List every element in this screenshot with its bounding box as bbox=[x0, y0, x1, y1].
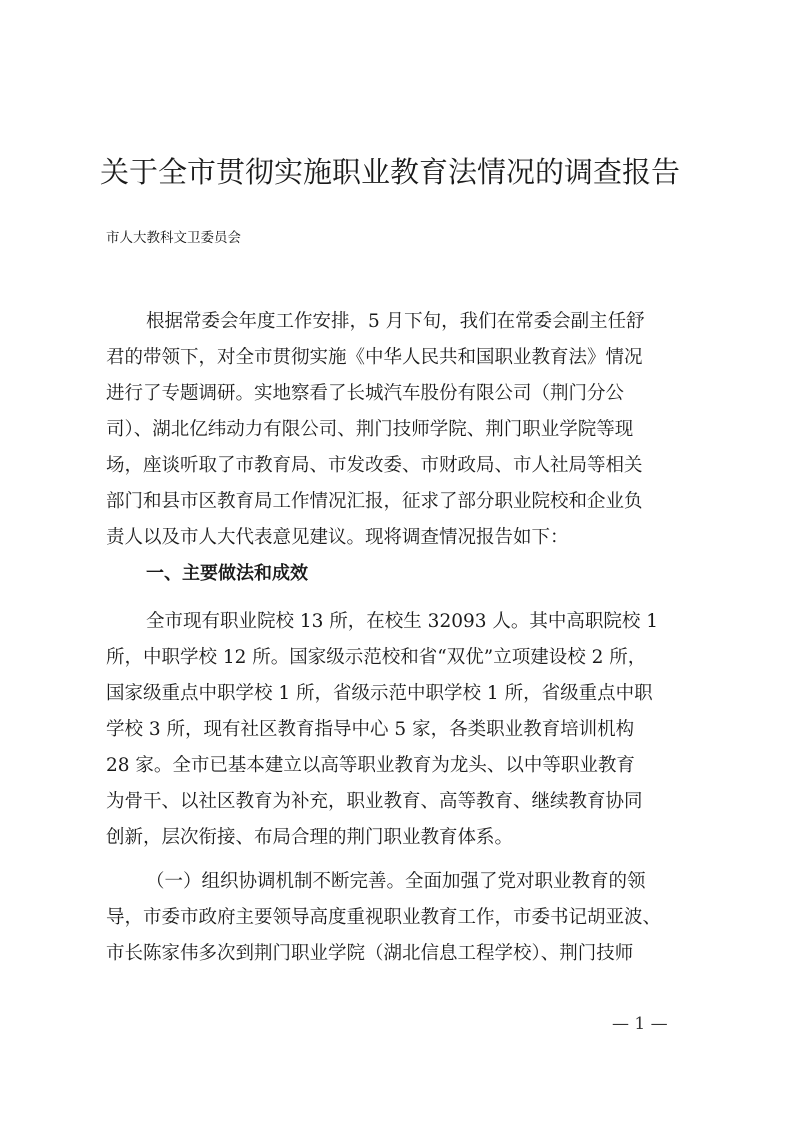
paragraph-line: 部门和县市区教育局工作情况汇报，征求了部分职业院校和企业负 bbox=[106, 488, 643, 516]
document-title: 关于全市贯彻实施职业教育法情况的调查报告 bbox=[100, 150, 700, 191]
page-number: — 1 — bbox=[612, 1014, 668, 1034]
paragraph-line: 责人以及市人大代表意见建议。现将调查情况报告如下： bbox=[106, 524, 569, 552]
paragraph-line: （一）组织协调机制不断完善。全面加强了党对职业教育的领 bbox=[146, 868, 646, 896]
section-heading: 一、主要做法和成效 bbox=[146, 560, 308, 588]
paragraph-line: 进行了专题调研。实地察看了长城汽车股份有限公司（荆门分公 bbox=[106, 380, 624, 408]
paragraph-line: 市长陈家伟多次到荆门职业学院（湖北信息工程学校）、荆门技师 bbox=[106, 940, 633, 968]
subsection-text: 全面加强了党对职业教育的领 bbox=[405, 871, 646, 892]
paragraph-line: 28 家。全市已基本建立以高等职业教育为龙头、以中等职业教育 bbox=[106, 752, 635, 780]
paragraph-line: 所，中职学校 12 所。国家级示范校和省“双优”立项建设校 2 所， bbox=[106, 644, 646, 672]
paragraph-line: 导，市委市政府主要领导高度重视职业教育工作，市委书记胡亚波、 bbox=[106, 904, 661, 932]
paragraph-line: 学校 3 所，现有社区教育指导中心 5 家，各类职业教育培训机构 bbox=[106, 716, 634, 744]
subsection-label: （一）组织协调机制不断完善。 bbox=[146, 871, 405, 892]
paragraph-line: 场，座谈听取了市教育局、市发改委、市财政局、市人社局等相关 bbox=[106, 452, 643, 480]
document-author: 市人大教科文卫委员会 bbox=[106, 226, 241, 246]
paragraph-line: 君的带领下，对全市贯彻实施《中华人民共和国职业教育法》情况 bbox=[106, 344, 643, 372]
paragraph-line: 根据常委会年度工作安排，5 月下旬，我们在常委会副主任舒 bbox=[146, 308, 645, 336]
paragraph-line: 司）、湖北亿纬动力有限公司、荆门技师学院、荆门职业学院等现 bbox=[106, 416, 633, 444]
paragraph-line: 创新，层次衔接、布局合理的荆门职业教育体系。 bbox=[106, 824, 513, 852]
paragraph-line: 为骨干、以社区教育为补充，职业教育、高等教育、继续教育协同 bbox=[106, 788, 643, 816]
paragraph-line: 全市现有职业院校 13 所，在校生 32093 人。其中高职院校 1 bbox=[146, 608, 658, 636]
paragraph-line: 国家级重点中职学校 1 所，省级示范中职学校 1 所，省级重点中职 bbox=[106, 680, 653, 708]
